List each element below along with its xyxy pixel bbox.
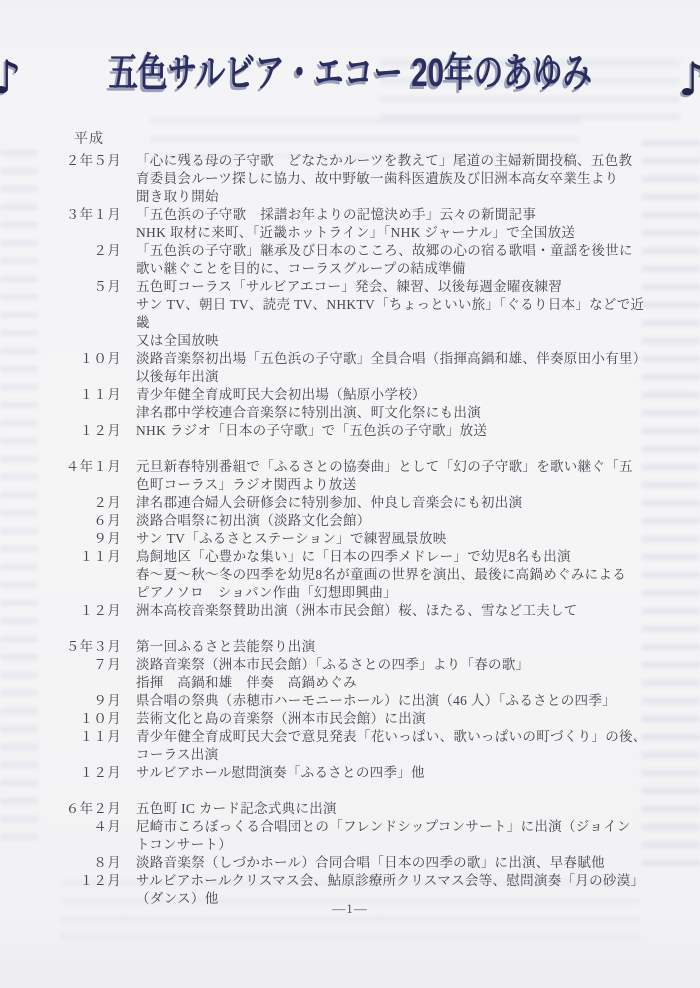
year-group: ４年１月元旦新春特別番組で「ふるさとの協奏曲」として「幻の子守歌」を歌い継ぐ「五… bbox=[35, 458, 667, 620]
timeline-entry: ７月淡路音楽祭（洲本市民会館）「ふるさとの四季」より「春の歌」指揮 高鍋和雄 伴… bbox=[35, 656, 667, 692]
entry-date: ８月 bbox=[35, 854, 121, 872]
entry-content: 淡路合唱祭に初出演（淡路文化会館） bbox=[136, 512, 656, 530]
entry-text-line: 歌い継ぐことを目的に、コーラスグループの結成準備 bbox=[136, 260, 656, 278]
music-note-right-icon: ♪ bbox=[678, 56, 700, 102]
entry-date: ６年２月 bbox=[35, 800, 121, 818]
music-note-left-icon: ♪ bbox=[0, 54, 22, 100]
entry-text-line: 青少年健全育成町民大会初出場（鮎原小学校） bbox=[136, 386, 656, 404]
entry-content: 淡路音楽祭（しづかホール）合同合唱「日本の四季の歌」に出演、早春賦他 bbox=[136, 854, 656, 872]
entry-date: ９月 bbox=[35, 692, 121, 710]
entry-text-line: NHK 取材に来町、「近畿ホットライン」「NHK ジャーナル」で全国放送 bbox=[136, 224, 656, 242]
entry-date: ３年１月 bbox=[35, 206, 121, 224]
entry-text-line: 第一回ふるさと芸能祭り出演 bbox=[136, 638, 656, 656]
entry-date: ６月 bbox=[35, 512, 121, 530]
entry-text-line: 「心に残る母の子守歌 どなたかルーツを教えて」尾道の主婦新聞投稿、五色教 bbox=[136, 152, 656, 170]
entry-text-line: サルビアホールクリスマス会、鮎原診療所クリスマス会等、慰問演奏「月の砂漠」 bbox=[136, 872, 656, 890]
timeline-entry: １１月青少年健全育成町民大会で意見発表「花いっぱい、歌いっぱいの町づくり」の後、… bbox=[35, 728, 667, 764]
timeline-entry: １１月鳥飼地区「心豊かな集い」に「日本の四季メドレー」で幼児8名も出演春～夏～秋… bbox=[35, 548, 667, 602]
entry-date: １０月 bbox=[35, 350, 121, 368]
entry-content: 元旦新春特別番組で「ふるさとの協奏曲」として「幻の子守歌」を歌い継ぐ「五色町コー… bbox=[136, 458, 656, 494]
entry-text-line: 津名郡連合婦人会研修会に特別参加、仲良し音楽会にも初出演 bbox=[136, 494, 656, 512]
timeline-entry: ３年１月「五色浜の子守歌 採譜お年よりの記憶決め手」云々の新聞記事NHK 取材に… bbox=[35, 206, 667, 242]
entry-text-line: 芸術文化と島の音楽祭（洲本市民会館）に出演 bbox=[136, 710, 656, 728]
bleed-through-texture bbox=[0, 150, 38, 840]
entry-content: 尼崎市ころぼっくる合唱団との「フレンドシップコンサート」に出演（ジョイントコンサ… bbox=[136, 818, 656, 854]
entry-content: 津名郡連合婦人会研修会に特別参加、仲良し音楽会にも初出演 bbox=[136, 494, 656, 512]
timeline-entry: ２月「五色浜の子守歌」継承及び日本のこころ、故郷の心の宿る歌唱・童謡を後世に歌い… bbox=[35, 242, 667, 278]
entry-date: １２月 bbox=[35, 764, 121, 782]
timeline: ２年５月「心に残る母の子守歌 どなたかルーツを教えて」尾道の主婦新聞投稿、五色教… bbox=[35, 152, 667, 926]
timeline-entry: ９月サン TV「ふるさとステーション」で練習風景放映 bbox=[35, 530, 667, 548]
entry-date: ４月 bbox=[35, 818, 121, 836]
entry-text-line: 聞き取り開始 bbox=[136, 188, 656, 206]
timeline-entry: ９月県合唱の祭典（赤穂市ハーモニーホール）に出演（46 人）「ふるさとの四季」 bbox=[35, 692, 667, 710]
entry-text-line: 鳥飼地区「心豊かな集い」に「日本の四季メドレー」で幼児8名も出演 bbox=[136, 548, 656, 566]
entry-content: 「心に残る母の子守歌 どなたかルーツを教えて」尾道の主婦新聞投稿、五色教育委員会… bbox=[136, 152, 656, 206]
entry-text-line: サルビアホール慰問演奏「ふるさとの四季」他 bbox=[136, 764, 656, 782]
entry-content: 五色町 IC カード記念式典に出演 bbox=[136, 800, 656, 818]
entry-date: ２月 bbox=[35, 494, 121, 512]
entry-date: １０月 bbox=[35, 710, 121, 728]
timeline-entry: １２月サルビアホール慰問演奏「ふるさとの四季」他 bbox=[35, 764, 667, 782]
entry-date: １２月 bbox=[35, 872, 121, 890]
entry-content: 芸術文化と島の音楽祭（洲本市民会館）に出演 bbox=[136, 710, 656, 728]
entry-date: １２月 bbox=[35, 602, 121, 620]
entry-content: 「五色浜の子守歌」継承及び日本のこころ、故郷の心の宿る歌唱・童謡を後世に歌い継ぐ… bbox=[136, 242, 656, 278]
timeline-entry: ２月津名郡連合婦人会研修会に特別参加、仲良し音楽会にも初出演 bbox=[35, 494, 667, 512]
entry-content: 青少年健全育成町民大会で意見発表「花いっぱい、歌いっぱいの町づくり」の後、コーラ… bbox=[136, 728, 656, 764]
timeline-entry: １１月青少年健全育成町民大会初出場（鮎原小学校）津名郡中学校連合音楽祭に特別出演… bbox=[35, 386, 667, 422]
entry-content: 淡路音楽祭初出場「五色浜の子守歌」全員合唱（指揮高鍋和雄、伴奏原田小有里）以後毎… bbox=[136, 350, 656, 386]
entry-date: １１月 bbox=[35, 728, 121, 746]
entry-content: 青少年健全育成町民大会初出場（鮎原小学校）津名郡中学校連合音楽祭に特別出演、町文… bbox=[136, 386, 656, 422]
timeline-entry: ５年３月第一回ふるさと芸能祭り出演 bbox=[35, 638, 667, 656]
entry-text-line: 洲本高校音楽祭賛助出演（洲本市民会館）桜、ほたる、雪など工夫して bbox=[136, 602, 656, 620]
timeline-entry: ２年５月「心に残る母の子守歌 どなたかルーツを教えて」尾道の主婦新聞投稿、五色教… bbox=[35, 152, 667, 206]
year-group: ６年２月五色町 IC カード記念式典に出演４月尼崎市ころぼっくる合唱団との「フレ… bbox=[35, 800, 667, 908]
entry-text-line: コーラス出演 bbox=[136, 746, 656, 764]
entry-text-line: 淡路音楽祭初出場「五色浜の子守歌」全員合唱（指揮高鍋和雄、伴奏原田小有里） bbox=[136, 350, 656, 368]
entry-content: NHK ラジオ「日本の子守歌」で「五色浜の子守歌」放送 bbox=[136, 422, 656, 440]
document-title: ♪ 五色サルビア・エコー 20年のあゆみ ♪ bbox=[0, 50, 700, 96]
entry-text-line: 指揮 高鍋和雄 伴奏 高鍋めぐみ bbox=[136, 674, 656, 692]
entry-date: ２年５月 bbox=[35, 152, 121, 170]
timeline-entry: １２月洲本高校音楽祭賛助出演（洲本市民会館）桜、ほたる、雪など工夫して bbox=[35, 602, 667, 620]
entry-text-line: 以後毎年出演 bbox=[136, 368, 656, 386]
entry-text-line: 育委員会ルーツ探しに協力、故中野敏一歯科医遺族及び旧洲本高女卒業生より bbox=[136, 170, 656, 188]
entry-content: 県合唱の祭典（赤穂市ハーモニーホール）に出演（46 人）「ふるさとの四季」 bbox=[136, 692, 656, 710]
entry-text-line: 元旦新春特別番組で「ふるさとの協奏曲」として「幻の子守歌」を歌い継ぐ「五 bbox=[136, 458, 656, 476]
entry-text-line: 尼崎市ころぼっくる合唱団との「フレンドシップコンサート」に出演（ジョイン bbox=[136, 818, 656, 836]
timeline-entry: １２月NHK ラジオ「日本の子守歌」で「五色浜の子守歌」放送 bbox=[35, 422, 667, 440]
entry-date: ５年３月 bbox=[35, 638, 121, 656]
entry-date: ４年１月 bbox=[35, 458, 121, 476]
document-page: ♪ 五色サルビア・エコー 20年のあゆみ ♪ 平成 ２年５月「心に残る母の子守歌… bbox=[0, 0, 700, 988]
entry-text-line: 五色町コーラス「サルビアエコー」発会、練習、以後毎週金曜夜練習 bbox=[136, 278, 656, 296]
entry-text-line: 淡路音楽祭（しづかホール）合同合唱「日本の四季の歌」に出演、早春賦他 bbox=[136, 854, 656, 872]
entry-text-line: 青少年健全育成町民大会で意見発表「花いっぱい、歌いっぱいの町づくり」の後、 bbox=[136, 728, 656, 746]
timeline-entry: ４月尼崎市ころぼっくる合唱団との「フレンドシップコンサート」に出演（ジョイントコ… bbox=[35, 818, 667, 854]
timeline-entry: ６年２月五色町 IC カード記念式典に出演 bbox=[35, 800, 667, 818]
entry-text-line: 「五色浜の子守歌 採譜お年よりの記憶決め手」云々の新聞記事 bbox=[136, 206, 656, 224]
entry-content: サン TV「ふるさとステーション」で練習風景放映 bbox=[136, 530, 656, 548]
entry-text-line: サン TV、朝日 TV、読売 TV、NHKTV「ちょっといい旅」「ぐるり日本」な… bbox=[136, 296, 656, 332]
entry-date: ５月 bbox=[35, 278, 121, 296]
entry-text-line: サン TV「ふるさとステーション」で練習風景放映 bbox=[136, 530, 656, 548]
entry-text-line: 春～夏～秋～冬の四季を幼児8名が童画の世界を演出、最後に高鍋めぐみによる bbox=[136, 566, 656, 584]
entry-text-line: NHK ラジオ「日本の子守歌」で「五色浜の子守歌」放送 bbox=[136, 422, 656, 440]
era-label: 平成 bbox=[74, 128, 104, 148]
page-number: ―1― bbox=[0, 901, 700, 917]
timeline-entry: １０月芸術文化と島の音楽祭（洲本市民会館）に出演 bbox=[35, 710, 667, 728]
entry-date: ７月 bbox=[35, 656, 121, 674]
year-group: ５年３月第一回ふるさと芸能祭り出演７月淡路音楽祭（洲本市民会館）「ふるさとの四季… bbox=[35, 638, 667, 782]
entry-content: 第一回ふるさと芸能祭り出演 bbox=[136, 638, 656, 656]
timeline-entry: ４年１月元旦新春特別番組で「ふるさとの協奏曲」として「幻の子守歌」を歌い継ぐ「五… bbox=[35, 458, 667, 494]
entry-content: 洲本高校音楽祭賛助出演（洲本市民会館）桜、ほたる、雪など工夫して bbox=[136, 602, 656, 620]
entry-date: ２月 bbox=[35, 242, 121, 260]
entry-text-line: 五色町 IC カード記念式典に出演 bbox=[136, 800, 656, 818]
entry-text-line: 津名郡中学校連合音楽祭に特別出演、町文化祭にも出演 bbox=[136, 404, 656, 422]
entry-text-line: 淡路合唱祭に初出演（淡路文化会館） bbox=[136, 512, 656, 530]
year-group: ２年５月「心に残る母の子守歌 どなたかルーツを教えて」尾道の主婦新聞投稿、五色教… bbox=[35, 152, 667, 440]
entry-date: １１月 bbox=[35, 548, 121, 566]
entry-text-line: ピアノソロ ショパン作曲「幻想即興曲」 bbox=[136, 584, 656, 602]
entry-content: 五色町コーラス「サルビアエコー」発会、練習、以後毎週金曜夜練習サン TV、朝日 … bbox=[136, 278, 656, 350]
entry-text-line: 又は全国放映 bbox=[136, 332, 656, 350]
timeline-entry: １０月淡路音楽祭初出場「五色浜の子守歌」全員合唱（指揮高鍋和雄、伴奏原田小有里）… bbox=[35, 350, 667, 386]
entry-date: ９月 bbox=[35, 530, 121, 548]
entry-text-line: 色町コーラス」ラジオ関西より放送 bbox=[136, 476, 656, 494]
entry-text-line: トコンサート） bbox=[136, 836, 656, 854]
entry-content: 鳥飼地区「心豊かな集い」に「日本の四季メドレー」で幼児8名も出演春～夏～秋～冬の… bbox=[136, 548, 656, 602]
entry-date: １２月 bbox=[35, 422, 121, 440]
entry-text-line: 淡路音楽祭（洲本市民会館）「ふるさとの四季」より「春の歌」 bbox=[136, 656, 656, 674]
entry-date: １１月 bbox=[35, 386, 121, 404]
entry-text-line: 「五色浜の子守歌」継承及び日本のこころ、故郷の心の宿る歌唱・童謡を後世に bbox=[136, 242, 656, 260]
entry-text-line: 県合唱の祭典（赤穂市ハーモニーホール）に出演（46 人）「ふるさとの四季」 bbox=[136, 692, 656, 710]
entry-content: サルビアホール慰問演奏「ふるさとの四季」他 bbox=[136, 764, 656, 782]
title-text: 五色サルビア・エコー 20年のあゆみ bbox=[108, 49, 592, 97]
timeline-entry: ６月淡路合唱祭に初出演（淡路文化会館） bbox=[35, 512, 667, 530]
timeline-entry: ５月五色町コーラス「サルビアエコー」発会、練習、以後毎週金曜夜練習サン TV、朝… bbox=[35, 278, 667, 350]
timeline-entry: ８月淡路音楽祭（しづかホール）合同合唱「日本の四季の歌」に出演、早春賦他 bbox=[35, 854, 667, 872]
entry-content: 淡路音楽祭（洲本市民会館）「ふるさとの四季」より「春の歌」指揮 高鍋和雄 伴奏 … bbox=[136, 656, 656, 692]
entry-content: 「五色浜の子守歌 採譜お年よりの記憶決め手」云々の新聞記事NHK 取材に来町、「… bbox=[136, 206, 656, 242]
